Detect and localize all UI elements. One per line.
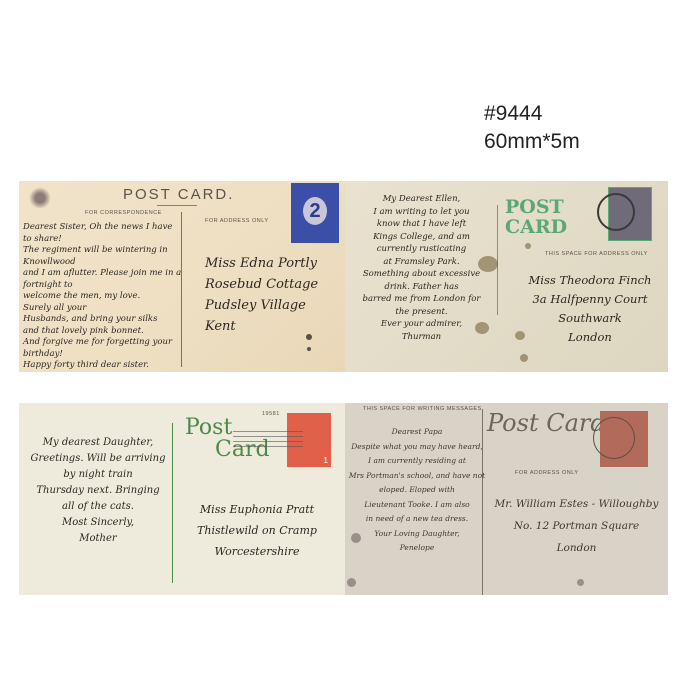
message-text: My dearest Daughter, Greetings. Will be … bbox=[23, 435, 173, 547]
messages-caption: THIS SPACE FOR WRITING MESSAGES bbox=[363, 406, 482, 412]
postmark-icon bbox=[597, 193, 635, 231]
eagle-emblem-icon bbox=[29, 187, 51, 209]
wavy-cancellation-icon bbox=[233, 427, 303, 451]
ink-dot bbox=[307, 347, 311, 351]
postcard-3: 19581 Post Card 1 My dearest Daughter, G… bbox=[19, 403, 345, 595]
product-label: #9444 60mm*5m bbox=[484, 100, 580, 156]
message-text: My Dearest Ellen, I am writing to let yo… bbox=[349, 193, 494, 343]
address-caption: THIS SPACE FOR ADDRESS ONLY bbox=[545, 251, 648, 257]
postcard-header: POST CARD. bbox=[123, 186, 234, 203]
address-text: Miss Euphonia Pratt Thistlewild on Cramp… bbox=[177, 499, 337, 562]
postcard-2: POST CARD THIS SPACE FOR ADDRESS ONLY My… bbox=[345, 181, 668, 372]
ink-dot bbox=[577, 579, 584, 586]
address-text: Miss Edna Portly Rosebud Cottage Pudsley… bbox=[205, 253, 340, 337]
ink-dot bbox=[347, 578, 356, 587]
stamp-value: 2 bbox=[303, 197, 327, 225]
message-text: Dearest Sister, Oh the news I have to sh… bbox=[23, 222, 183, 372]
address-text: Mr. William Estes - Willoughby No. 12 Po… bbox=[485, 493, 668, 559]
stamp-icon: 2 bbox=[291, 183, 339, 243]
coffee-stain bbox=[520, 354, 528, 362]
address-caption: FOR ADDRESS ONLY bbox=[205, 218, 269, 224]
serial-number: 19581 bbox=[262, 411, 280, 417]
address-caption: FOR ADDRESS ONLY bbox=[515, 470, 579, 476]
ink-dot bbox=[351, 533, 361, 543]
postcard-1: POST CARD. FOR CORRESPONDENCE FOR ADDRES… bbox=[19, 181, 345, 372]
correspondence-caption: FOR CORRESPONDENCE bbox=[85, 210, 162, 216]
postmark-icon bbox=[593, 417, 635, 459]
postcard-4: THIS SPACE FOR WRITING MESSAGES Post Car… bbox=[345, 403, 668, 595]
coffee-stain bbox=[478, 256, 498, 272]
message-text: Dearest Papa Despite what you may have h… bbox=[347, 425, 487, 556]
stamp-value: 1 bbox=[324, 456, 328, 465]
product-code: #9444 bbox=[484, 100, 580, 128]
postcard-header: Post Card bbox=[487, 409, 606, 437]
coffee-stain bbox=[515, 331, 525, 340]
coffee-stain bbox=[525, 243, 531, 249]
address-text: Miss Theodora Finch 3a Halfpenny Court S… bbox=[515, 271, 665, 347]
coffee-stain bbox=[475, 322, 489, 334]
product-size: 60mm*5m bbox=[484, 128, 580, 156]
ink-dot bbox=[306, 334, 312, 340]
header-underline bbox=[157, 205, 197, 206]
